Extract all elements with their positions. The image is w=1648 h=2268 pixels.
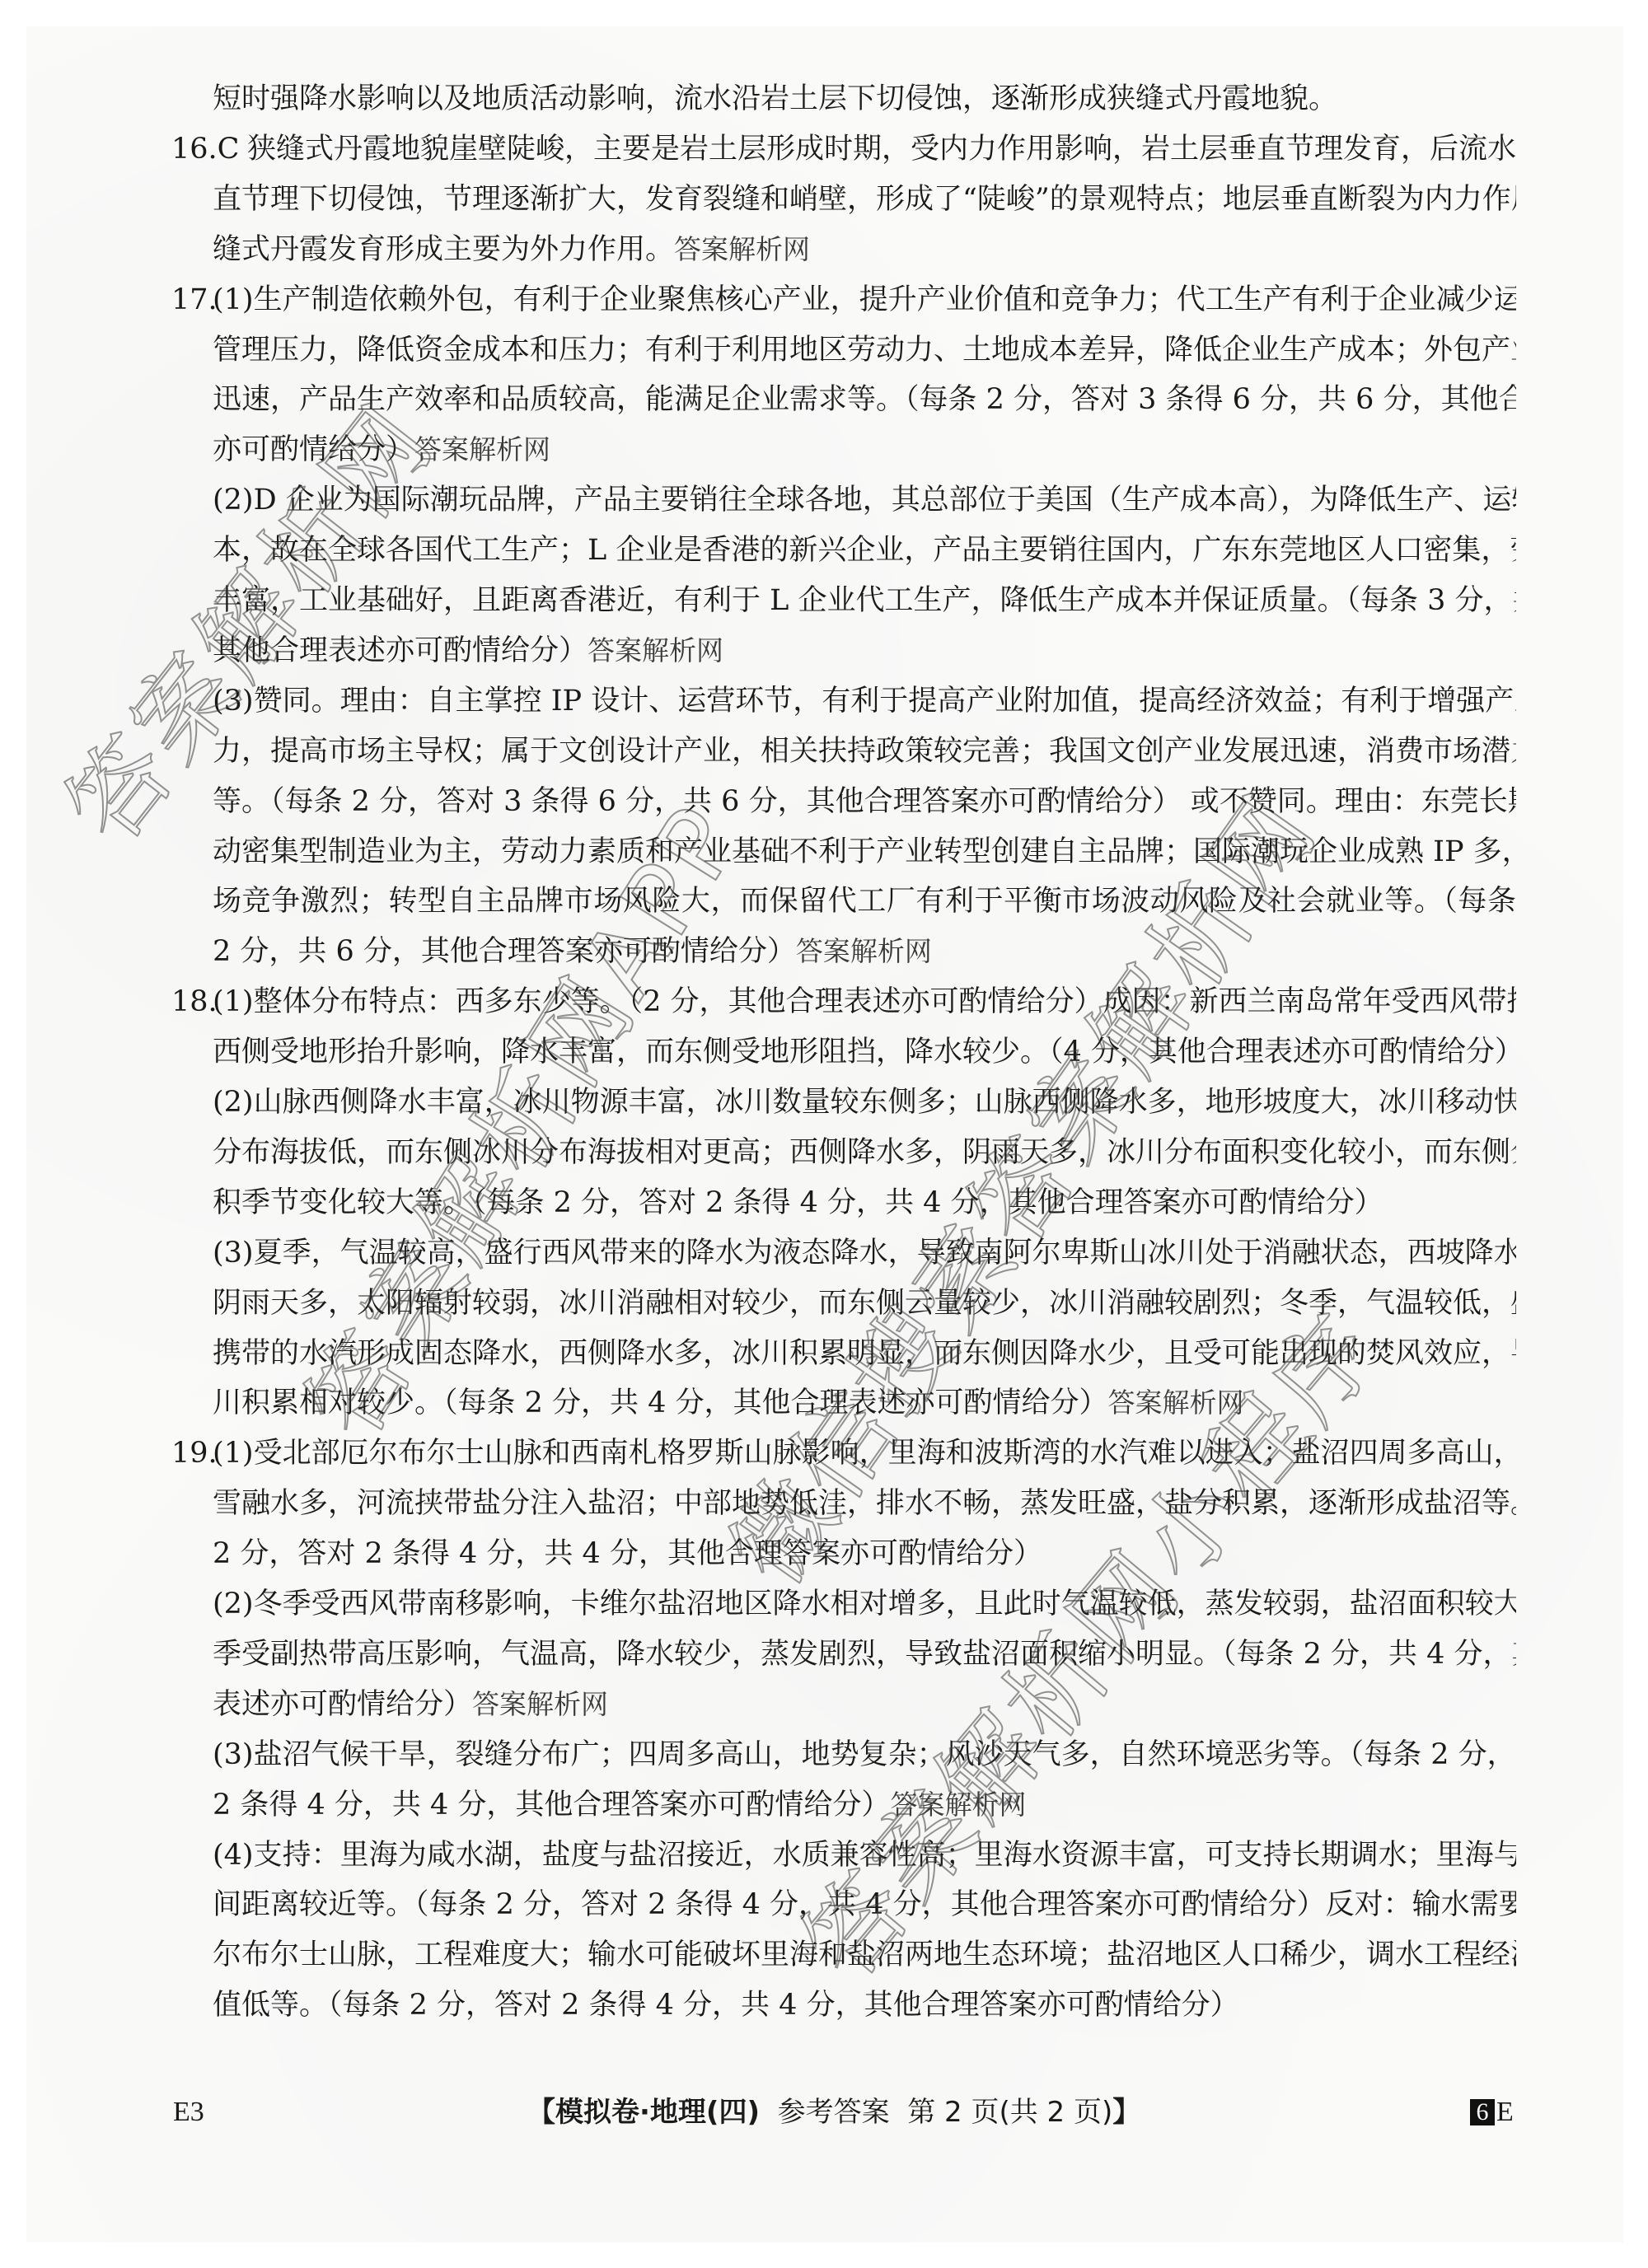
answer-text: (4)支持：里海为咸水湖，盐度与盐沼接近，水质兼容性高；里海水资源丰富，可支持长… [213, 1839, 1516, 1872]
answer-text: 2 分，共 6 分，其他合理答案亦可酌情给分） [213, 935, 796, 968]
answer-text: 2 分，答对 2 条得 4 分，共 4 分，其他合理答案亦可酌情给分） [213, 1537, 1042, 1570]
answer-text: (2)冬季受西风带南移影响，卡维尔盐沼地区降水相对增多，且此时气温较低，蒸发较弱… [213, 1588, 1516, 1620]
answer-line: (2)D 企业为国际潮玩品牌，产品主要销往全球各地，其总部位于美国（生产成本高）… [213, 475, 1516, 525]
answer-text: (3)赞同。理由：自主掌控 IP 设计、运营环节，有利于提高产业附加值，提高经济… [213, 685, 1516, 718]
answer-line: 季受副热带高压影响，气温高，降水较少，蒸发剧烈，导致盐沼面积缩小明显。（每条 2… [213, 1630, 1516, 1679]
answer-line: 本，故在全球各国代工生产；L 企业是香港的新兴企业，产品主要销往国内，广东东莞地… [213, 526, 1516, 575]
answer-text: 缝式丹霞发育形成主要为外力作用。 [213, 233, 674, 266]
question-number: 18. [171, 977, 218, 1026]
answer-text: 短时强降水影响以及地质活动影响，流水沿岩土层下切侵蚀，逐渐形成狭缝式丹霞地貌。 [213, 82, 1337, 115]
answer-line: 缝式丹霞发育形成主要为外力作用。答案解析网 [213, 225, 1516, 274]
answer-text: 其他合理表述亦可酌情给分） [213, 634, 588, 667]
answer-line: (3)盐沼气候干旱，裂缝分布广；四周多高山，地势复杂；风沙天气多，自然环境恶劣等… [213, 1730, 1516, 1779]
footer-code-letter: E [1496, 2088, 1514, 2137]
answer-text: 丰富，工业基础好，且距离香港近，有利于 L 企业代工生产，降低生产成本并保证质量… [213, 584, 1516, 617]
footer-code-right: 6 E [1470, 2088, 1514, 2137]
question-number: 19. [171, 1429, 218, 1478]
footer-page-info: 参考答案 第 2 页(共 2 页) [760, 2096, 1112, 2129]
answer-line: 2 分，答对 2 条得 4 分，共 4 分，其他合理答案亦可酌情给分） [213, 1529, 1516, 1578]
inline-watermark: 答案解析网 [472, 1688, 608, 1720]
answer-text: (1)整体分布特点：西多东少等。（2 分，其他合理表述亦可酌情给分）成因：新西兰… [213, 985, 1516, 1018]
answer-line: 西侧受地形抬升影响，降水丰富，而东侧受地形阻挡，降水较少。（4 分，其他合理表述… [213, 1027, 1516, 1077]
answer-line: 场竞争激烈；转型自主品牌市场风险大，而保留代工厂有利于平衡市场波动风险及社会就业… [213, 877, 1516, 926]
answer-line: 2 分，共 6 分，其他合理答案亦可酌情给分）答案解析网 [213, 927, 1516, 976]
answer-text: 分布海拔低，而东侧冰川分布海拔相对更高；西侧降水多，阴雨天多，冰川分布面积变化较… [213, 1136, 1516, 1169]
answer-text: 动密集型制造业为主，劳动力素质和产业基础不利于产业转型创建自主品牌；国际潮玩企业… [213, 835, 1516, 868]
answer-text: 值低等。（每条 2 分，答对 2 条得 4 分，共 4 分，其他合理答案亦可酌情… [213, 1989, 1239, 2022]
answer-line: 其他合理表述亦可酌情给分）答案解析网 [213, 626, 1516, 676]
answer-text: 尔布尔士山脉，工程难度大；输水可能破坏里海和盐沼两地生态环境；盐沼地区人口稀少，… [213, 1938, 1516, 1971]
answer-text: 间距离较近等。（每条 2 分，答对 2 条得 4 分，共 4 分，其他合理答案亦… [213, 1888, 1516, 1921]
footer-code-left: E3 [173, 2088, 204, 2137]
answer-text: 阴雨天多，太阳辐射较弱，冰川消融相对较少，而东侧云量较少，冰川消融较剧烈；冬季，… [213, 1287, 1516, 1320]
answer-line: (4)支持：里海为咸水湖，盐度与盐沼接近，水质兼容性高；里海水资源丰富，可支持长… [213, 1831, 1516, 1880]
answer-text: 狭缝式丹霞地貌崖壁陡峻，主要是岩土层形成时期，受内力作用影响，岩土层垂直节理发育… [247, 133, 1516, 166]
inline-watermark: 答案解析网 [890, 1789, 1026, 1821]
answer-text: 等。（每条 2 分，答对 3 条得 6 分，共 6 分，其他合理答案亦可酌情给分… [213, 785, 1516, 818]
answer-text: 携带的水汽形成固态降水，西侧降水多，冰川积累明显，而东侧因降水少，且受可能出现的… [213, 1337, 1516, 1370]
question-number: 17. [171, 275, 218, 325]
answer-line: 直节理下切侵蚀，节理逐渐扩大，发育裂缝和峭壁，形成了“陡峻”的景观特点；地层垂直… [213, 175, 1516, 224]
question-number: 16.C [171, 124, 239, 174]
answer-line: 值低等。（每条 2 分，答对 2 条得 4 分，共 4 分，其他合理答案亦可酌情… [213, 1980, 1516, 2030]
answer-line: 表述亦可酌情给分）答案解析网 [213, 1680, 1516, 1729]
answer-text: 管理压力，降低资金成本和压力；有利于利用地区劳动力、土地成本差异，降低企业生产成… [213, 334, 1516, 367]
inline-watermark: 答案解析网 [1108, 1387, 1244, 1419]
answer-line: (1)生产制造依赖外包，有利于企业聚焦核心产业，提升产业价值和竞争力；代工生产有… [213, 275, 1516, 325]
answer-line: 管理压力，降低资金成本和压力；有利于利用地区劳动力、土地成本差异，降低企业生产成… [213, 325, 1516, 375]
answer-text: (2)D 企业为国际潮玩品牌，产品主要销往全球各地，其总部位于美国（生产成本高）… [213, 484, 1516, 517]
answer-line: (2)冬季受西风带南移影响，卡维尔盐沼地区降水相对增多，且此时气温较低，蒸发较弱… [213, 1579, 1516, 1629]
answer-text: (1)生产制造依赖外包，有利于企业聚焦核心产业，提升产业价值和竞争力；代工生产有… [213, 283, 1516, 316]
answer-text: 雪融水多，河流挟带盐分注入盐沼；中部地势低洼，排水不畅，蒸发旺盛，盐分积累，逐渐… [213, 1487, 1516, 1520]
answer-line: (3)赞同。理由：自主掌控 IP 设计、运营环节，有利于提高产业附加值，提高经济… [213, 676, 1516, 726]
answer-line: (3)夏季，气温较高，盛行西风带来的降水为液态降水，导致南阿尔卑斯山冰川处于消融… [213, 1228, 1516, 1278]
answer-line: 短时强降水影响以及地质活动影响，流水沿岩土层下切侵蚀，逐渐形成狭缝式丹霞地貌。 [213, 74, 1516, 124]
answer-line: 迅速，产品生产效率和品质较高，能满足企业需求等。（每条 2 分，答对 3 条得 … [213, 375, 1516, 424]
answer-line: 亦可酌情给分）答案解析网 [213, 425, 1516, 475]
footer-bracket-close: 】 [1112, 2096, 1140, 2129]
footer-bracket-open: 【 [527, 2096, 555, 2129]
answer-line: 力，提高市场主导权；属于文创设计产业，相关扶持政策较完善；我国文创产业发展迅速，… [213, 727, 1516, 776]
footer-exam-title: 模拟卷·地理(四) [555, 2096, 760, 2129]
answer-text: 西侧受地形抬升影响，降水丰富，而东侧受地形阻挡，降水较少。（4 分，其他合理表述… [213, 1036, 1516, 1069]
answer-line: 携带的水汽形成固态降水，西侧降水多，冰川积累明显，而东侧因降水少，且受可能出现的… [213, 1329, 1516, 1378]
answer-text: (1)受北部厄尔布尔士山脉和西南札格罗斯山脉影响，里海和波斯湾的水汽难以进入；盐… [213, 1437, 1516, 1470]
answer-text: 季受副热带高压影响，气温高，降水较少，蒸发剧烈，导致盐沼面积缩小明显。（每条 2… [213, 1638, 1516, 1671]
footer-title: 【模拟卷·地理(四) 参考答案 第 2 页(共 2 页)】 [527, 2088, 1121, 2137]
inline-watermark: 答案解析网 [796, 935, 932, 967]
answer-line: 2 条得 4 分，共 4 分，其他合理答案亦可酌情给分）答案解析网 [213, 1780, 1516, 1830]
answer-line: 动密集型制造业为主，劳动力素质和产业基础不利于产业转型创建自主品牌；国际潮玩企业… [213, 827, 1516, 877]
answer-text: 力，提高市场主导权；属于文创设计产业，相关扶持政策较完善；我国文创产业发展迅速，… [213, 735, 1516, 768]
answer-text: (3)夏季，气温较高，盛行西风带来的降水为液态降水，导致南阿尔卑斯山冰川处于消融… [213, 1237, 1516, 1270]
answer-text: 表述亦可酌情给分） [213, 1688, 472, 1721]
answer-line: 积季节变化较大等。（每条 2 分，答对 2 条得 4 分，共 4 分，其他合理答… [213, 1178, 1516, 1228]
answer-line: 丰富，工业基础好，且距离香港近，有利于 L 企业代工生产，降低生产成本并保证质量… [213, 576, 1516, 625]
answer-line: (1)整体分布特点：西多东少等。（2 分，其他合理表述亦可酌情给分）成因：新西兰… [213, 977, 1516, 1026]
answer-text: 直节理下切侵蚀，节理逐渐扩大，发育裂缝和峭壁，形成了“陡峻”的景观特点；地层垂直… [213, 183, 1516, 216]
answer-text: 亦可酌情给分） [213, 433, 414, 466]
answer-line: 阴雨天多，太阳辐射较弱，冰川消融相对较少，而东侧云量较少，冰川消融较剧烈；冬季，… [213, 1279, 1516, 1328]
inline-watermark: 答案解析网 [674, 233, 810, 265]
answer-text: 迅速，产品生产效率和品质较高，能满足企业需求等。（每条 2 分，答对 3 条得 … [213, 383, 1516, 416]
answer-text: (3)盐沼气候干旱，裂缝分布广；四周多高山，地势复杂；风沙天气多，自然环境恶劣等… [213, 1738, 1516, 1771]
answer-line: 等。（每条 2 分，答对 3 条得 6 分，共 6 分，其他合理答案亦可酌情给分… [213, 777, 1516, 826]
answer-line: (2)山脉西侧降水丰富，冰川物源丰富，冰川数量较东侧多；山脉西侧降水多，地形坡度… [213, 1078, 1516, 1127]
answer-line: 川积累相对较少。（每条 2 分，共 4 分，其他合理表述亦可酌情给分）答案解析网 [213, 1378, 1516, 1428]
page-badge: 6 [1470, 2099, 1495, 2125]
answer-line: 分布海拔低，而东侧冰川分布海拔相对更高；西侧降水多，阴雨天多，冰川分布面积变化较… [213, 1128, 1516, 1177]
answer-line: (1)受北部厄尔布尔士山脉和西南札格罗斯山脉影响，里海和波斯湾的水汽难以进入；盐… [213, 1429, 1516, 1478]
inline-watermark: 答案解析网 [588, 634, 723, 666]
answer-line: 雪融水多，河流挟带盐分注入盐沼；中部地势低洼，排水不畅，蒸发旺盛，盐分积累，逐渐… [213, 1479, 1516, 1528]
answer-line: 狭缝式丹霞地貌崖壁陡峻，主要是岩土层形成时期，受内力作用影响，岩土层垂直节理发育… [247, 124, 1516, 174]
answer-text: 川积累相对较少。（每条 2 分，共 4 分，其他合理表述亦可酌情给分） [213, 1387, 1108, 1419]
answer-text: 积季节变化较大等。（每条 2 分，答对 2 条得 4 分，共 4 分，其他合理答… [213, 1186, 1383, 1219]
answer-text: 2 条得 4 分，共 4 分，其他合理答案亦可酌情给分） [213, 1789, 890, 1821]
answer-line: 尔布尔士山脉，工程难度大；输水可能破坏里海和盐沼两地生态环境；盐沼地区人口稀少，… [213, 1930, 1516, 1980]
answer-text: 场竞争激烈；转型自主品牌市场风险大，而保留代工厂有利于平衡市场波动风险及社会就业… [213, 885, 1516, 918]
answer-text: 本，故在全球各国代工生产；L 企业是香港的新兴企业，产品主要销往国内，广东东莞地… [213, 534, 1516, 567]
answer-line: 间距离较近等。（每条 2 分，答对 2 条得 4 分，共 4 分，其他合理答案亦… [213, 1880, 1516, 1929]
inline-watermark: 答案解析网 [414, 433, 550, 465]
answer-text: (2)山脉西侧降水丰富，冰川物源丰富，冰川数量较东侧多；山脉西侧降水多，地形坡度… [213, 1086, 1516, 1119]
